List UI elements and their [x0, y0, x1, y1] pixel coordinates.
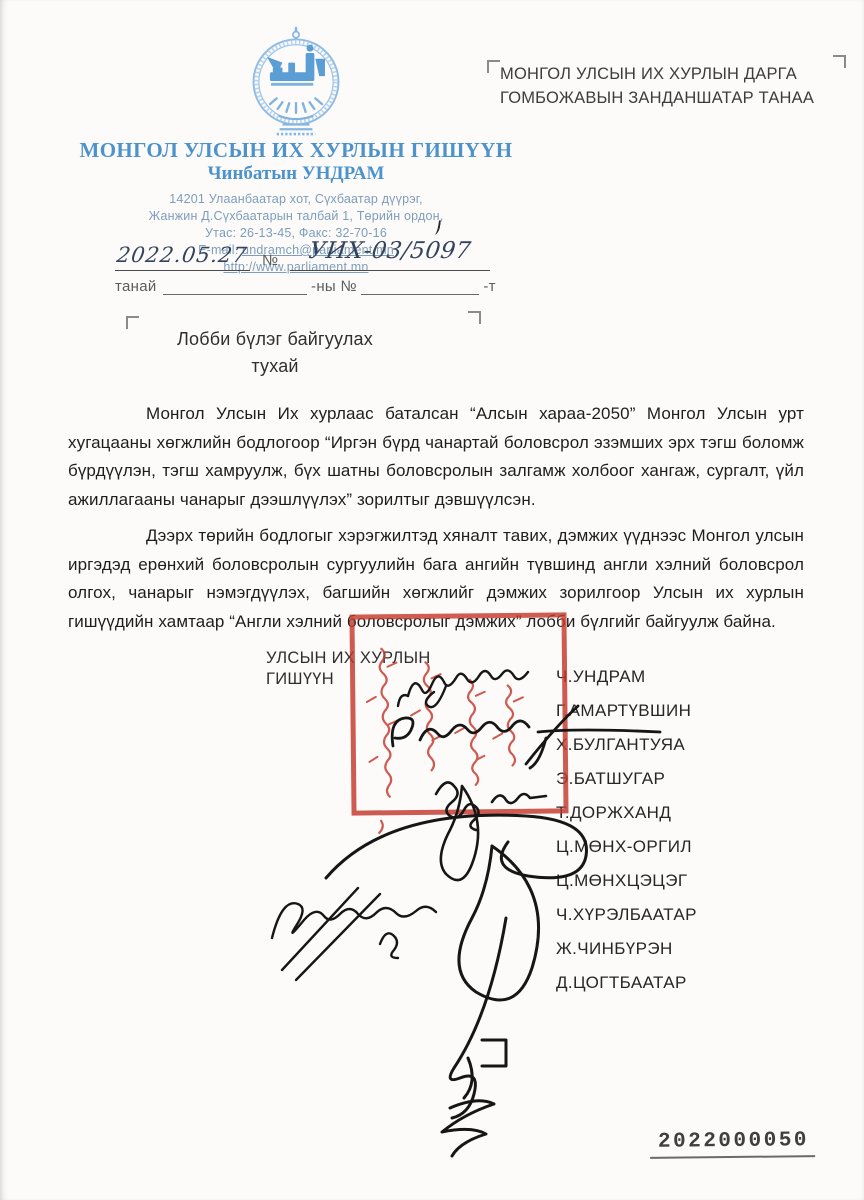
subject-corner-mark-right: [468, 311, 481, 324]
mongolia-state-emblem-icon: [238, 24, 354, 136]
subject-line-2: тухай: [120, 353, 430, 380]
address-line-1: 14201 Улаанбаатар хот, Сүхбаатар дүүрэг,: [60, 191, 532, 208]
body-paragraph-1: Монгол Улсын Их хурлаас баталсан “Алсын …: [68, 400, 804, 514]
recipient-line-2: ГОМБОЖАВЫН ЗАНДАНШАТАР ТАНАА: [500, 86, 840, 110]
ink-signatures: [272, 670, 660, 1156]
number-sign: №: [262, 252, 278, 269]
handwritten-reference-number: УИХ-03/5097: [307, 238, 473, 264]
reply-number-sign: №: [340, 278, 356, 295]
recipient-block: МОНГОЛ УЛСЫН ИХ ХУРЛЫН ДАРГА ГОМБОЖАВЫН …: [500, 62, 840, 110]
reference-number-field: УИХ-03/5097: [290, 238, 490, 271]
reply-blank-1: [163, 280, 307, 295]
reply-suffix: -т: [483, 278, 495, 295]
date-field: 2022.05.27: [115, 243, 250, 271]
stamp-and-signatures: [230, 588, 750, 1168]
reply-reference-row: танай -ны № -т: [115, 278, 535, 295]
recipient-line-1: МОНГОЛ УЛСЫН ИХ ХУРЛЫН ДАРГА: [500, 62, 840, 86]
handwritten-date: 2022.05.27: [116, 243, 250, 267]
reply-blank-2: [361, 280, 479, 295]
address-line-2: Жанжин Д.Сүхбаатарын талбай 1, Төрийн ор…: [60, 208, 532, 225]
scanned-letter-page: МОНГОЛ УЛСЫН ИХ ХУРЛЫН ГИШҮҮН Чинбатын У…: [0, 0, 864, 1200]
subject-block: Лобби бүлэг байгуулах тухай: [120, 326, 430, 380]
org-title: МОНГОЛ УЛСЫН ИХ ХУРЛЫН ГИШҮҮН: [60, 138, 532, 162]
member-name: Чинбатын УНДРАМ: [60, 162, 532, 186]
recipient-corner-mark-left: [487, 60, 500, 73]
reply-prefix: танай: [115, 278, 157, 295]
registration-number-stamp: 2022000050: [650, 1129, 815, 1159]
subject-line-1: Лобби бүлэг байгуулах: [120, 326, 430, 353]
reply-mid: -ны: [311, 278, 336, 295]
